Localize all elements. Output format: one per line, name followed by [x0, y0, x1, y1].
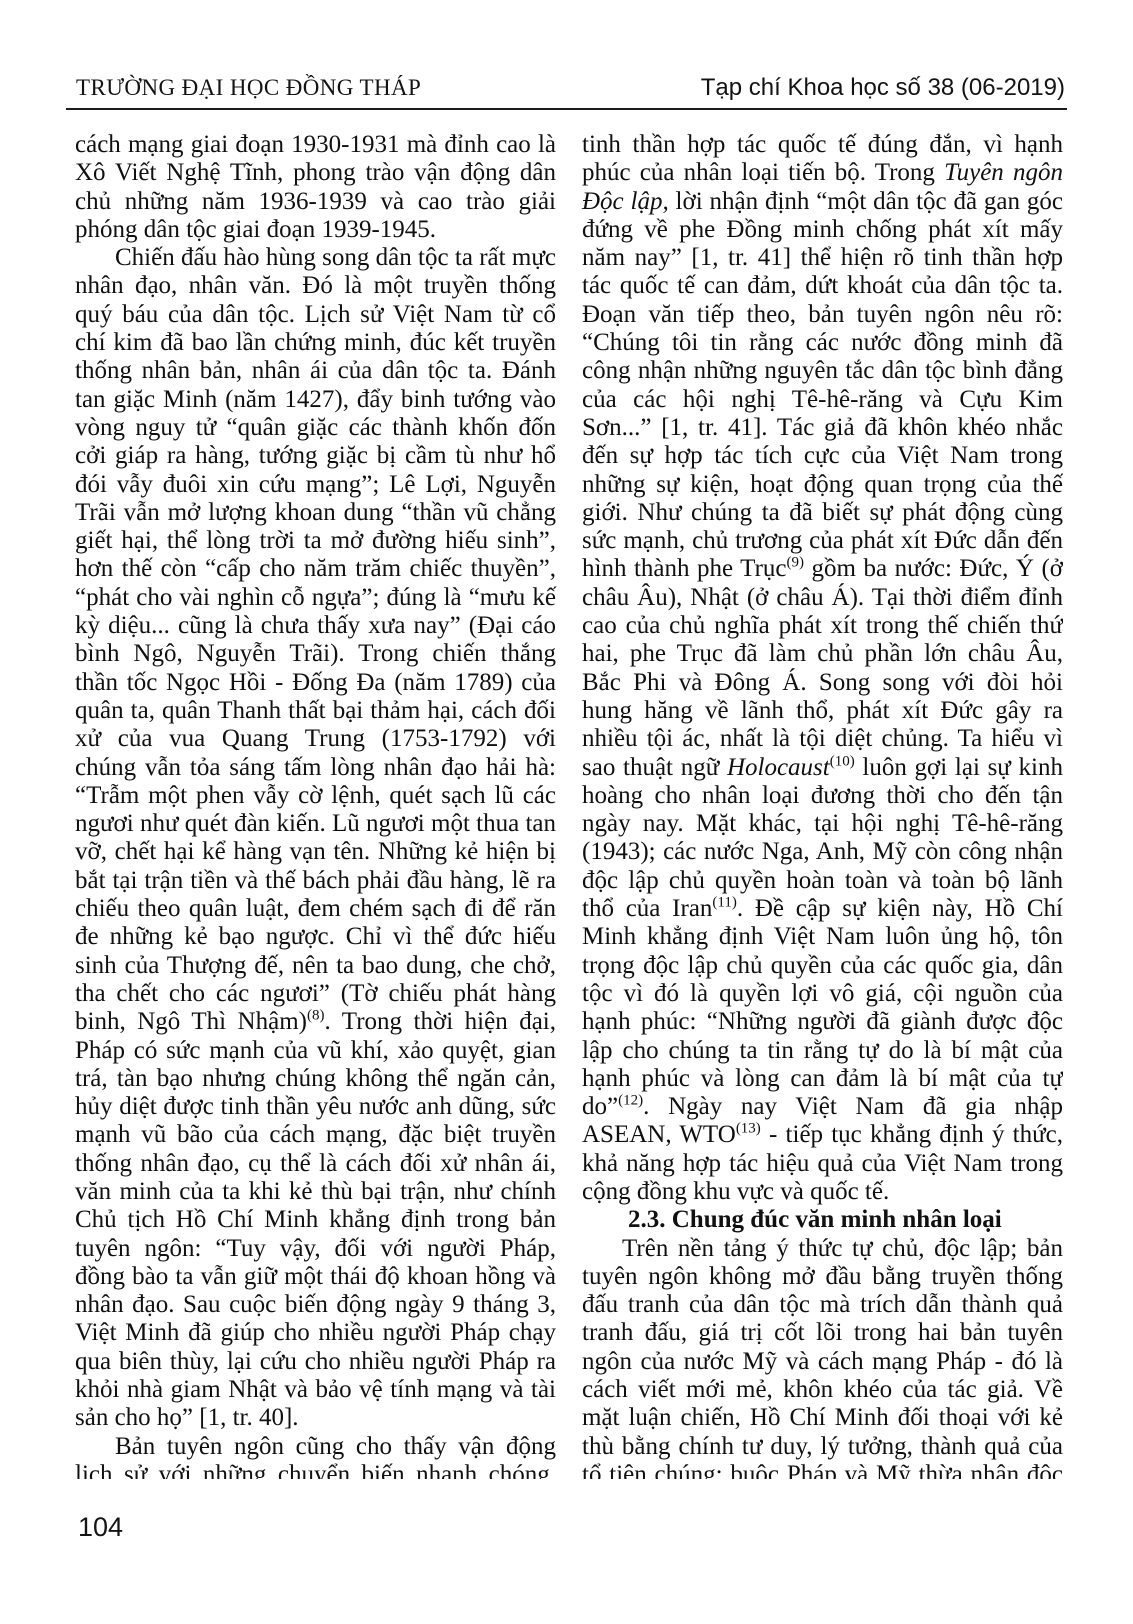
text-run: cách mạng giai đoạn 1930-1931 mà đỉnh ca…	[75, 131, 556, 243]
footnote-ref: (8)	[307, 1008, 325, 1024]
journal-issue-title: Tạp chí Khoa học số 38 (06-2019)	[701, 74, 1065, 102]
paragraph: Trên nền tảng ý thức tự chủ, độc lập; bả…	[582, 1235, 1063, 1479]
text-run: 2.3. Chung đúc văn minh nhân loại	[628, 1206, 1002, 1233]
paragraph: cách mạng giai đoạn 1930-1931 mà đỉnh ca…	[75, 131, 556, 244]
footnote-ref: (12)	[618, 1093, 643, 1109]
article-body: cách mạng giai đoạn 1930-1931 mà đỉnh ca…	[75, 131, 1063, 1479]
text-run: . Đề cập sự kiện này, Hồ Chí Minh khẳng …	[582, 895, 1063, 1120]
paragraph: Bản tuyên ngôn cũng cho thấy vận động lị…	[75, 1433, 556, 1479]
journal-page: TRƯỜNG ĐẠI HỌC ĐỒNG THÁP Tạp chí Khoa họ…	[0, 0, 1133, 1624]
text-run: Chiến đấu hào hùng song dân tộc ta rất m…	[75, 244, 556, 1035]
text-run: gồm ba nước: Đức, Ý (ở châu Âu), Nhật (ở…	[582, 555, 1063, 780]
column-left: cách mạng giai đoạn 1930-1931 mà đỉnh ca…	[75, 131, 556, 1479]
section-heading: 2.3. Chung đúc văn minh nhân loại	[582, 1206, 1063, 1234]
page-header: TRƯỜNG ĐẠI HỌC ĐỒNG THÁP Tạp chí Khoa họ…	[76, 74, 1065, 102]
text-run: lời nhận định “một dân tộc đã gan góc đứ…	[582, 188, 1063, 583]
footnote-ref: (10)	[830, 753, 855, 769]
university-name: TRƯỜNG ĐẠI HỌC ĐỒNG THÁP	[76, 75, 421, 101]
paragraph: Chiến đấu hào hùng song dân tộc ta rất m…	[75, 244, 556, 1432]
footnote-ref: (13)	[736, 1121, 761, 1137]
text-run: Bản tuyên ngôn cũng cho thấy vận động lị…	[75, 1433, 556, 1479]
text-run: Trên nền tảng ý thức tự chủ, độc lập; bả…	[582, 1235, 1063, 1479]
paragraph: tinh thần hợp tác quốc tế đúng đắn, vì h…	[582, 131, 1063, 1206]
header-divider-rule	[66, 108, 1067, 110]
text-run: . Trong thời hiện đại, Pháp có sức mạnh …	[75, 1008, 556, 1431]
text-run: Holocaust	[727, 754, 830, 781]
footnote-ref: (9)	[787, 555, 805, 571]
column-right: tinh thần hợp tác quốc tế đúng đắn, vì h…	[582, 131, 1063, 1479]
footnote-ref: (11)	[712, 895, 736, 911]
page-number: 104	[78, 1512, 123, 1543]
